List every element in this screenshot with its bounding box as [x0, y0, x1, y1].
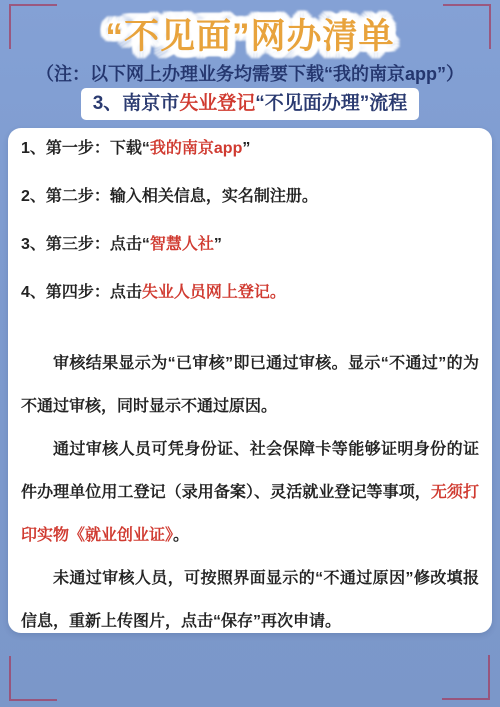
- step-item-1: 1、第一步：下载“我的南京app”: [21, 140, 479, 158]
- step-1-text-end: ”: [242, 140, 250, 157]
- paragraph-2-text-end: 。: [173, 527, 189, 544]
- step-1-text: 1、第一步：下载“: [21, 140, 150, 157]
- section-heading: 3、南京市失业登记“不见面办理”流程: [81, 88, 420, 120]
- paragraph-1-text: 审核结果显示为“已审核”即已通过审核。显示“不通过”的为不通过审核，同时显示不通…: [21, 355, 479, 415]
- paragraph-3-text: 未通过审核人员，可按照界面显示的“不通过原因”修改填报信息，重新上传图片，点击“…: [21, 570, 479, 630]
- section-heading-prefix: 3、南京市: [93, 93, 180, 114]
- poster-subtitle: （注：以下网上办理业务均需要下载“我的南京app”）: [0, 60, 500, 86]
- step-1-highlight: 我的南京app: [150, 140, 242, 157]
- paragraph-not-approved-info: 未通过审核人员，可按照界面显示的“不通过原因”修改填报信息，重新上传图片，点击“…: [21, 557, 479, 643]
- step-2-text: 2、第二步：输入相关信息，实名制注册。: [21, 188, 318, 205]
- corner-mark-bottom-right: [442, 655, 490, 700]
- step-item-2: 2、第二步：输入相关信息，实名制注册。: [21, 188, 479, 206]
- step-3-text: 3、第三步：点击“: [21, 236, 150, 253]
- step-item-4: 4、第四步：点击失业人员网上登记。: [21, 284, 479, 302]
- paragraph-2-text: 通过审核人员可凭身份证、社会保障卡等能够证明身份的证件办理单位用工登记（录用备案…: [21, 441, 479, 501]
- step-4-highlight: 失业人员网上登记。: [142, 284, 286, 301]
- content-card: 1、第一步：下载“我的南京app” 2、第二步：输入相关信息，实名制注册。 3、…: [8, 128, 492, 633]
- step-item-3: 3、第三步：点击“智慧人社”: [21, 236, 479, 254]
- step-3-highlight: 智慧人社: [150, 236, 214, 253]
- section-heading-highlight: 失业登记: [179, 93, 255, 114]
- corner-mark-bottom-left: [9, 656, 57, 701]
- poster-title: “不见面”网办清单: [0, 9, 500, 59]
- poster-page: “不见面”网办清单 （注：以下网上办理业务均需要下载“我的南京app”） 3、南…: [0, 0, 500, 707]
- section-heading-suffix: “不见面办理”流程: [255, 93, 407, 114]
- paragraph-block: 审核结果显示为“已审核”即已通过审核。显示“不通过”的为不通过审核，同时显示不通…: [21, 342, 479, 643]
- paragraph-approved-info: 通过审核人员可凭身份证、社会保障卡等能够证明身份的证件办理单位用工登记（录用备案…: [21, 428, 479, 557]
- paragraph-review-result: 审核结果显示为“已审核”即已通过审核。显示“不通过”的为不通过审核，同时显示不通…: [21, 342, 479, 428]
- step-4-text: 4、第四步：点击: [21, 284, 142, 301]
- section-heading-wrap: 3、南京市失业登记“不见面办理”流程: [0, 88, 500, 120]
- step-3-text-end: ”: [214, 236, 222, 253]
